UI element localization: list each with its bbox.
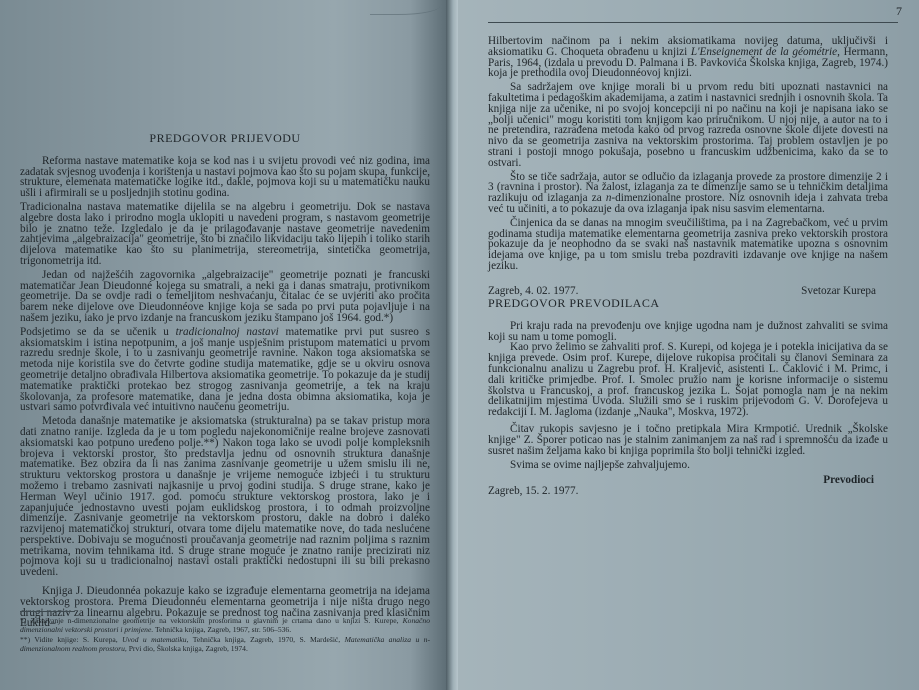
section-heading-predgovor-prevodilaca: PREDGOVOR PREVODILACA	[488, 298, 888, 309]
paragraph: Podsjetimo se da se učenik u tradicional…	[20, 327, 430, 413]
place-date: Zagreb, 4. 02. 1977.	[488, 286, 578, 297]
paragraph: Reforma nastave matematike koja se kod n…	[20, 156, 430, 199]
paragraph: Čitav rukopis savjesno je i točno pretip…	[488, 424, 888, 456]
paragraph: Tradicionalna nastava matematike dijelil…	[20, 202, 430, 267]
signature-name: Svetozar Kurepa	[801, 286, 876, 297]
right-page-body-bottom: PREDGOVOR PREVODILACA Pri kraju rada na …	[488, 298, 888, 497]
paragraph: Pri kraju rada na prevođenju ove knjige …	[488, 321, 888, 343]
right-page: 7 Hilbertovim načinom pa i nekim aksioma…	[458, 0, 919, 690]
section-heading-predgovor-prijevodu: PREDGOVOR PRIJEVODU	[20, 133, 430, 144]
footnotes: *) Zasnivanje n-dimenzionalne geometrije…	[20, 617, 430, 653]
paragraph: Kao prvo želimo se zahvaliti prof. S. Ku…	[488, 342, 888, 418]
left-page: PREDGOVOR PRIJEVODU Reforma nastave mate…	[0, 0, 446, 690]
paragraph: Sa sadržajem ove knjige morali bi u prvo…	[488, 82, 888, 168]
footnote-divider	[20, 611, 75, 612]
paragraph: Što se tiče sadržaja, autor se odlučio d…	[488, 172, 888, 215]
book-gutter	[446, 0, 458, 690]
paragraph: Činjenica da se danas na mnogim sveučili…	[488, 218, 888, 272]
signature-line: Zagreb, 4. 02. 1977. Svetozar Kurepa	[488, 286, 888, 297]
paragraph: Metoda današnje matematike je aksiomatsk…	[20, 416, 430, 578]
paragraph: Hilbertovim načinom pa i nekim aksiomati…	[488, 36, 888, 79]
paragraph: Svima se ovime najljepše zahvaljujemo.	[488, 460, 888, 471]
page-curl-decoration	[370, 0, 440, 15]
header-rule	[488, 22, 898, 23]
page-number: 7	[896, 4, 902, 19]
footnote-1: *) Zasnivanje n-dimenzionalne geometrije…	[20, 617, 430, 634]
footnote-2: **) Vidite knjige: S. Kurepa, Uvod u mat…	[20, 636, 430, 653]
paragraph: Jedan od najžešćih zagovornika „algebrai…	[20, 270, 430, 324]
right-page-body-top: Hilbertovim načinom pa i nekim aksiomati…	[488, 36, 888, 297]
place-date: Zagreb, 15. 2. 1977.	[488, 486, 888, 497]
left-page-body: PREDGOVOR PRIJEVODU Reforma nastave mate…	[20, 133, 430, 629]
